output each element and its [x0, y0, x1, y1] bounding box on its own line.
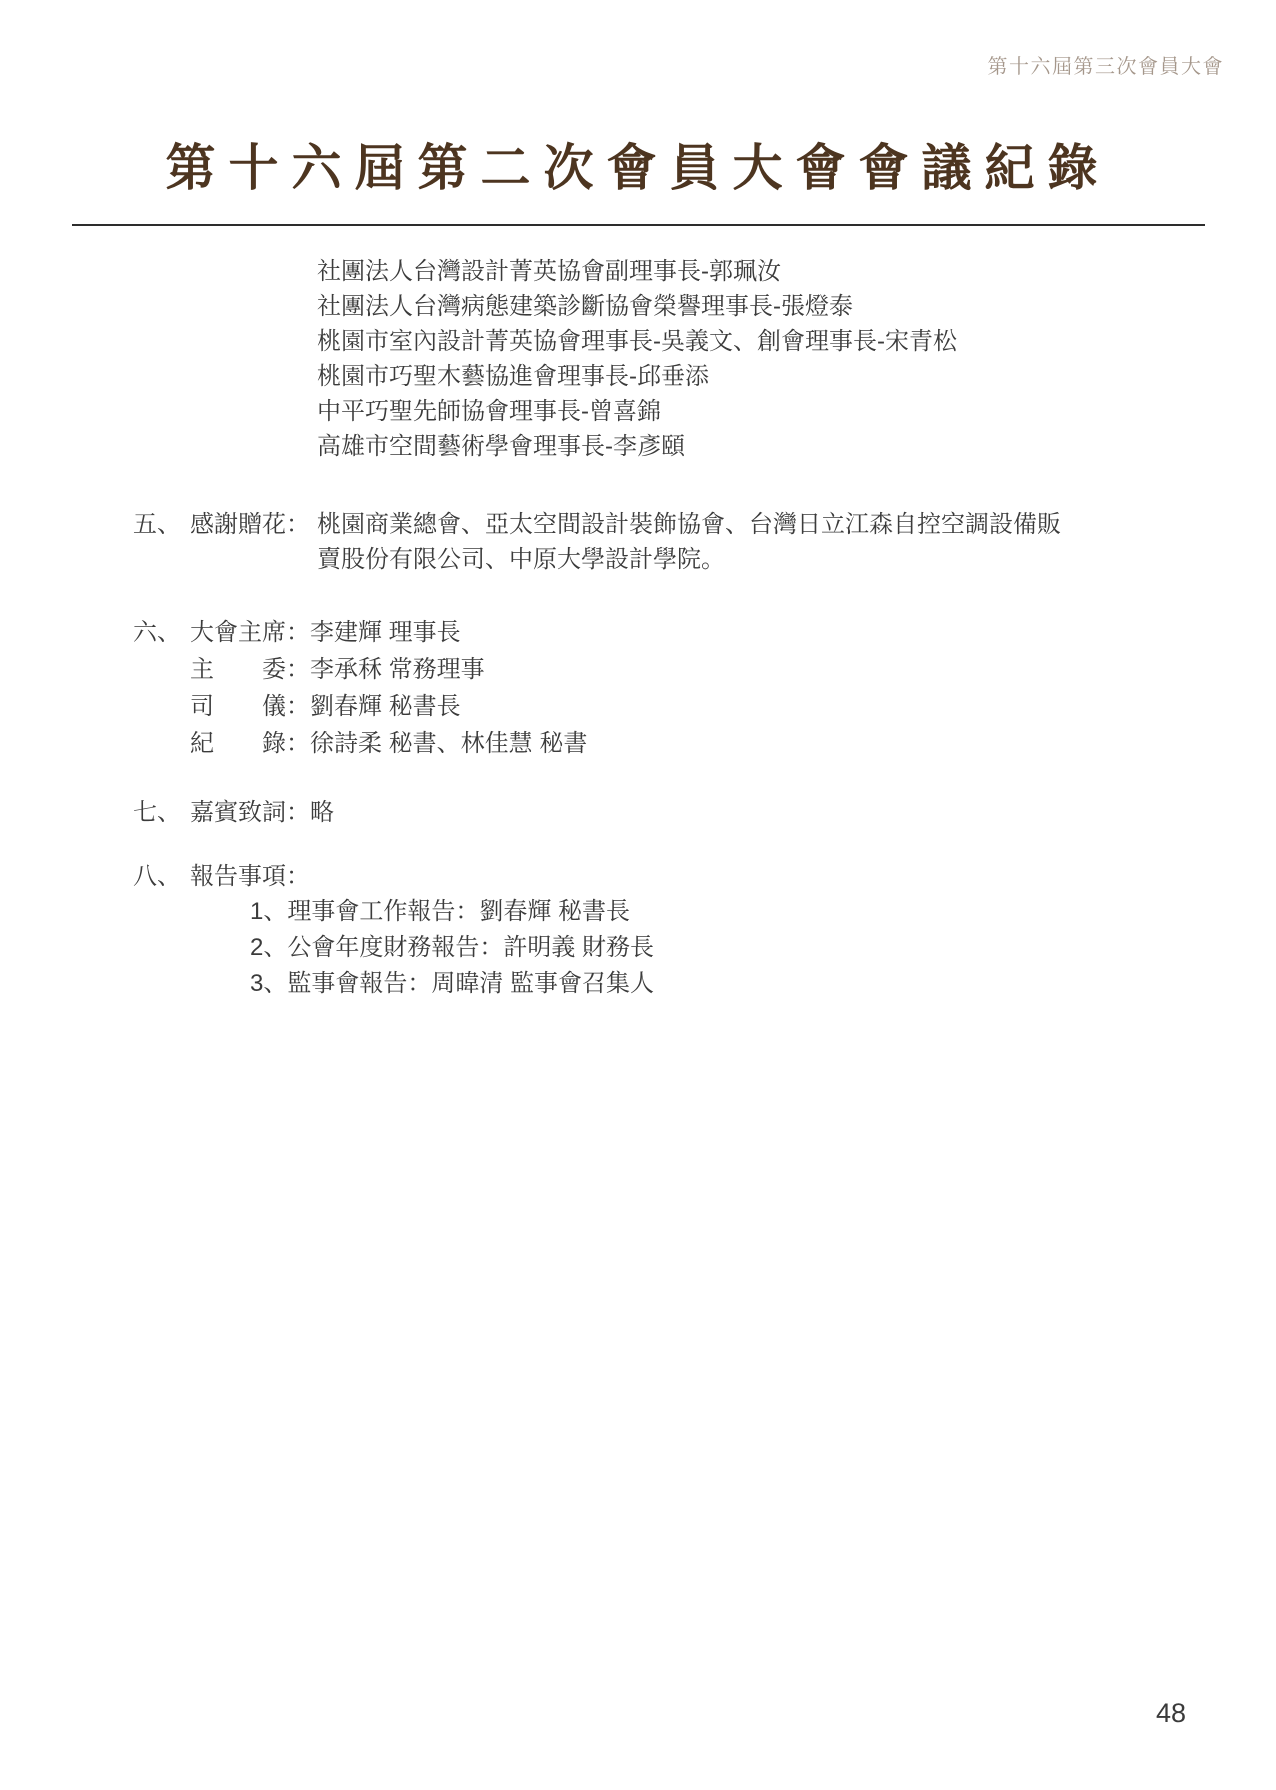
colon: ： [286, 651, 310, 688]
officer-row: 司儀 ： 劉春輝 秘書長 [133, 688, 1236, 725]
section-reports: 八、 報告事項： 1、理事會工作報告：劉春輝 秘書長 2、公會年度財務報告：許明… [133, 859, 1236, 1002]
report-item: 1、理事會工作報告：劉春輝 秘書長 [250, 894, 654, 930]
section-marker: 八、 [133, 859, 190, 894]
title-divider [72, 224, 1205, 226]
page-number: 48 [1156, 1698, 1186, 1729]
role-value: 李承秝 常務理事 [310, 651, 485, 688]
section-marker: 七、 [133, 795, 190, 830]
section-heading: 報告事項： [190, 859, 654, 894]
section-text: 嘉賓致詞：略 [190, 795, 334, 830]
section-content: 報告事項： 1、理事會工作報告：劉春輝 秘書長 2、公會年度財務報告：許明義 財… [190, 859, 654, 1002]
role-value: 徐詩柔 秘書、林佳慧 秘書 [310, 725, 587, 762]
role-value: 李建輝 理事長 [310, 614, 461, 651]
officer-row: 主委 ： 李承秝 常務理事 [133, 651, 1236, 688]
role-label: 主委 [190, 651, 286, 688]
attendee-line: 社團法人台灣病態建築診斷協會榮譽理事長-張燈泰 [317, 289, 1236, 324]
report-item: 2、公會年度財務報告：許明義 財務長 [250, 930, 654, 966]
section-chairpersons: 六、 大會主席 ： 李建輝 理事長 主委 ： 李承秝 常務理事 司儀 ： 劉春輝… [133, 614, 1236, 762]
role-value: 劉春輝 秘書長 [310, 688, 461, 725]
section-thanks-flowers: 五、 感謝贈花： 桃園商業總會、亞太空間設計裝飾協會、台灣日立江森自控空調設備販… [133, 507, 1236, 577]
colon: ： [286, 725, 310, 762]
role-label: 司儀 [190, 688, 286, 725]
content-line: 桃園商業總會、亞太空間設計裝飾協會、台灣日立江森自控空調設備販 [317, 507, 1061, 542]
attendee-line: 高雄市空間藝術學會理事長-李彥頤 [317, 429, 1236, 464]
attendee-line: 桃園市室內設計菁英協會理事長-吳義文、創會理事長-宋青松 [317, 324, 1236, 359]
officer-row: 紀錄 ： 徐詩柔 秘書、林佳慧 秘書 [133, 725, 1236, 762]
section-label: 感謝贈花： [190, 507, 317, 542]
section-content: 桃園商業總會、亞太空間設計裝飾協會、台灣日立江森自控空調設備販 賣股份有限公司、… [317, 507, 1061, 577]
officer-row: 六、 大會主席 ： 李建輝 理事長 [133, 614, 1236, 651]
section-marker: 六、 [133, 614, 190, 651]
section-guest-speech: 七、 嘉賓致詞：略 [133, 795, 1236, 830]
document-page: 第十六屆第三次會員大會 第十六屆第二次會員大會會議紀錄 社團法人台灣設計菁英協會… [0, 0, 1276, 1790]
attendee-line: 桃園市巧聖木藝協進會理事長-邱垂添 [317, 359, 1236, 394]
page-title: 第十六屆第二次會員大會會議紀錄 [72, 0, 1204, 198]
header-note: 第十六屆第三次會員大會 [988, 50, 1225, 79]
report-items: 1、理事會工作報告：劉春輝 秘書長 2、公會年度財務報告：許明義 財務長 3、監… [250, 894, 654, 1002]
colon: ： [286, 614, 310, 651]
content-line: 賣股份有限公司、中原大學設計學院。 [317, 542, 1061, 577]
colon: ： [286, 688, 310, 725]
section-marker: 五、 [133, 507, 190, 542]
attendee-list: 社團法人台灣設計菁英協會副理事長-郭珮汝 社團法人台灣病態建築診斷協會榮譽理事長… [317, 254, 1236, 464]
report-item: 3、監事會報告：周暐清 監事會召集人 [250, 966, 654, 1002]
attendee-line: 中平巧聖先師協會理事長-曾喜錦 [317, 394, 1236, 429]
role-label: 大會主席 [190, 614, 286, 651]
attendee-line: 社團法人台灣設計菁英協會副理事長-郭珮汝 [317, 254, 1236, 289]
role-label: 紀錄 [190, 725, 286, 762]
